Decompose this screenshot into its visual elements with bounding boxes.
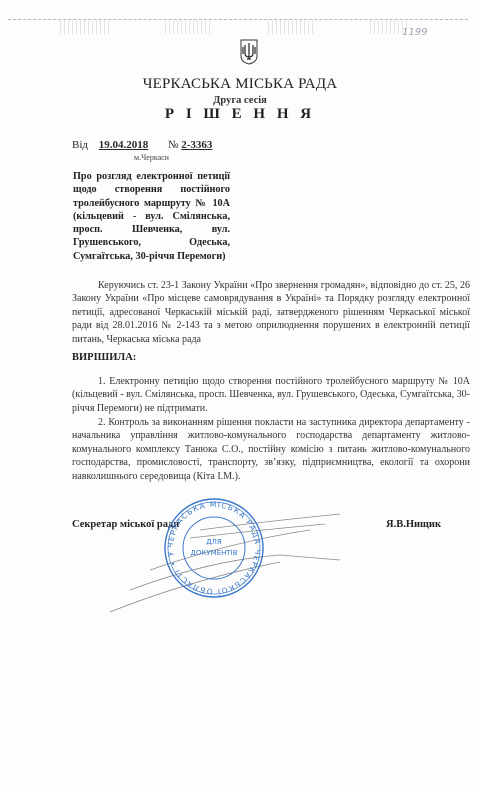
svg-text:ДЛЯ: ДЛЯ <box>206 538 222 546</box>
decision-date: 19.04.2018 <box>99 139 149 151</box>
decision-number: 2-3363 <box>181 139 212 151</box>
resolved-heading: ВИРІШИЛА: <box>72 352 136 363</box>
session-label: Друга сесія <box>0 95 480 106</box>
resolution-item-2: 2. Контроль за виконанням рішення поклас… <box>72 416 470 483</box>
scan-artifact <box>165 20 210 34</box>
ukraine-trident-icon <box>240 39 258 65</box>
decision-meta: Від 19.04.2018 № 2-3363 <box>72 139 148 151</box>
number-label: № <box>168 139 179 151</box>
date-label: Від <box>72 139 88 151</box>
signatory-name: Я.В.Нищик <box>386 519 441 530</box>
scan-artifact <box>60 20 110 34</box>
council-name: ЧЕРКАСЬКА МІСЬКА РАДА <box>0 76 480 93</box>
decision-subject: Про розгляд електронної петиції щодо ств… <box>73 170 230 263</box>
scan-artifact <box>268 20 313 34</box>
decision-number-group: № 2-3363 <box>168 139 212 151</box>
resolution-item-1: 1. Електронну петицію щодо створення пос… <box>72 375 470 415</box>
svg-text:ДОКУМЕНТІВ: ДОКУМЕНТІВ <box>190 549 237 557</box>
document-type-title: Р І Ш Е Н Н Я <box>0 106 480 123</box>
document-page: 1199 ЧЕРКАСЬКА МІСЬКА РАДА Друга сесія Р… <box>0 0 480 786</box>
official-seal: ЧЕРКАСЬКА МІСЬКА РАДА ЧЕРКАСЬКОЇ ОБЛАСТІ… <box>163 497 265 599</box>
preamble-paragraph: Керуючись ст. 23-1 Закону України «Про з… <box>72 279 470 346</box>
registration-number: 1199 <box>402 27 427 38</box>
city-label: м.Черкаси <box>134 153 169 162</box>
